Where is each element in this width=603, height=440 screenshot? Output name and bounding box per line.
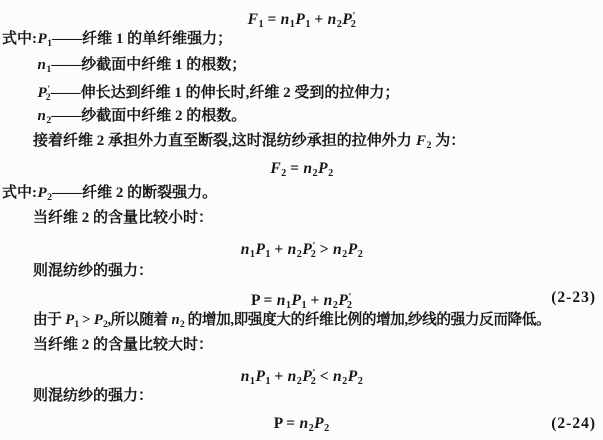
equation-number-2-23: (2-23) bbox=[551, 287, 596, 309]
term-definition-p2-prime: P′2——伸长达到纤维 1 的伸长时,纤维 2 受到的拉伸力； bbox=[0, 79, 603, 101]
equation-2-24: P = n2P2 (2-24) bbox=[0, 413, 603, 435]
where-clause-p1: 式中:P1——纤维 1 的单纤维强力； bbox=[0, 28, 603, 50]
paragraph-explanation: 由于 P1 > P2,所以随着 n2 的增加,即强度大的纤维比例的增加,纱线的强… bbox=[0, 309, 603, 331]
paragraph-f2-intro: 接着纤维 2 承担外力直至断裂,这时混纺纱承担的拉伸外力 F2 为： bbox=[0, 130, 603, 152]
equation-2-23-math: P = n1P1 + n2P′2 bbox=[251, 292, 352, 309]
inequality-small-content: n1P1 + n2P′2 > n2P2 bbox=[0, 236, 603, 258]
equation-f1: F1 = n1P1 + n2P′2 bbox=[0, 6, 603, 28]
inequality-large-content: n1P1 + n2P′2 < n2P2 bbox=[0, 363, 603, 385]
textbook-page: F1 = n1P1 + n2P′2 式中:P1——纤维 1 的单纤维强力； n1… bbox=[0, 0, 603, 440]
paragraph-blend-strength-2: 则混纺纱的强力： bbox=[0, 385, 603, 407]
term-definition-n1: n1——纱截面中纤维 1 的根数； bbox=[0, 54, 603, 76]
paragraph-blend-strength-1: 则混纺纱的强力： bbox=[0, 260, 603, 282]
paragraph-case-large: 当纤维 2 的含量比较大时： bbox=[0, 334, 603, 356]
where-clause-p2: 式中:P2——纤维 2 的断裂强力。 bbox=[0, 182, 603, 204]
equation-2-24-math: P = n2P2 bbox=[274, 415, 330, 432]
paragraph-case-small: 当纤维 2 的含量比较小时： bbox=[0, 207, 603, 229]
equation-f2: F2 = n2P2 bbox=[0, 158, 603, 180]
equation-number-2-24: (2-24) bbox=[551, 413, 596, 435]
term-definition-n2: n2——纱截面中纤维 2 的根数。 bbox=[0, 105, 603, 127]
equation-2-23: P = n1P1 + n2P′2 (2-23) bbox=[0, 287, 603, 309]
